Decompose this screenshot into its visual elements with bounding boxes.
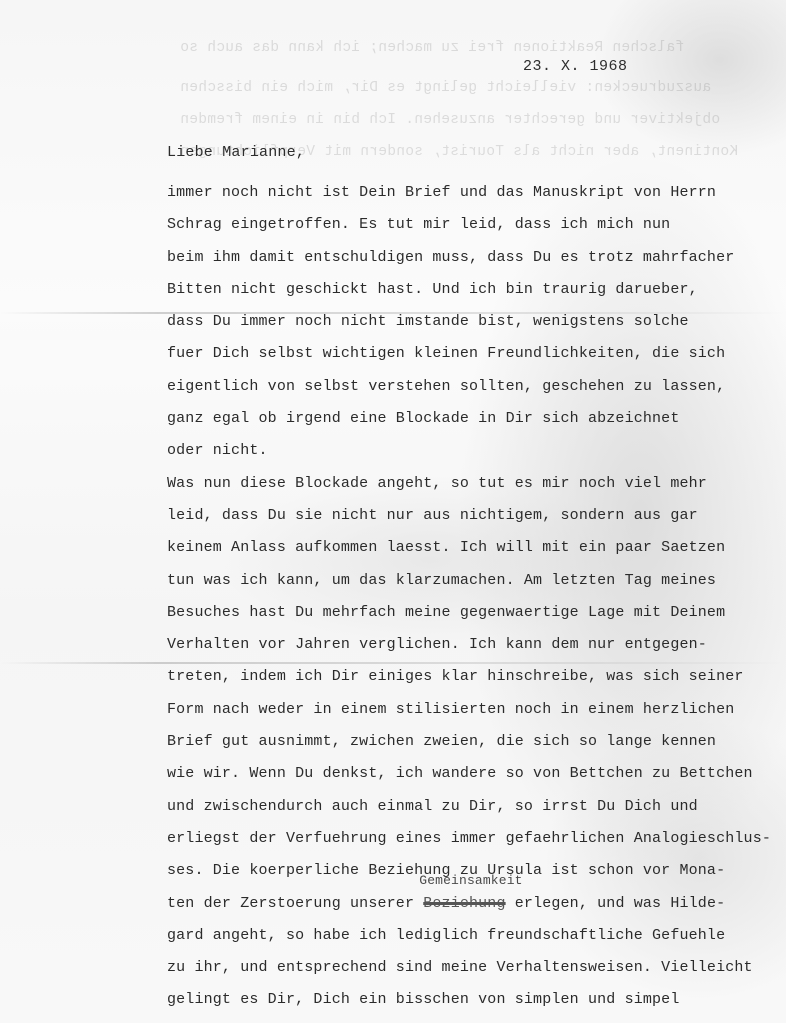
text-segment: ten der Zerstoerung unserer xyxy=(167,895,423,912)
text-line: Schrag eingetroffen. Es tut mir leid, da… xyxy=(167,209,786,241)
text-line: leid, dass Du sie nicht nur aus nichtige… xyxy=(167,500,786,532)
letter-body: immer noch nicht ist Dein Brief und das … xyxy=(167,177,786,1017)
text-line: fuer Dich selbst wichtigen kleinen Freun… xyxy=(167,338,786,370)
letter-page: falschen Reaktionen frei zu machen; ich … xyxy=(0,0,786,1023)
handwritten-correction: BeziehungGemeinsamkeit xyxy=(423,888,505,920)
text-line: und zwischendurch auch einmal zu Dir, so… xyxy=(167,791,786,823)
text-line: zu ihr, und entsprechend sind meine Verh… xyxy=(167,952,786,984)
text-line: Besuches hast Du mehrfach meine gegenwae… xyxy=(167,597,786,629)
inserted-word: Gemeinsamkeit xyxy=(419,874,522,888)
text-line: Was nun diese Blockade angeht, so tut es… xyxy=(167,468,786,500)
text-line: keinem Anlass aufkommen laesst. Ich will… xyxy=(167,532,786,564)
text-line: eigentlich von selbst verstehen sollten,… xyxy=(167,371,786,403)
letter-date: 23. X. 1968 xyxy=(523,58,628,75)
text-segment: erlegen, und was Hilde- xyxy=(506,895,726,912)
bleed-through-text: falschen Reaktionen frei zu machen; ich … xyxy=(180,40,684,56)
text-line: Form nach weder in einem stilisierten no… xyxy=(167,694,786,726)
text-line: gard angeht, so habe ich lediglich freun… xyxy=(167,920,786,952)
text-line: beim ihm damit entschuldigen muss, dass … xyxy=(167,242,786,274)
text-line: wie wir. Wenn Du denkst, ich wandere so … xyxy=(167,758,786,790)
text-line: dass Du immer noch nicht imstande bist, … xyxy=(167,306,786,338)
text-line: gelingt es Dir, Dich ein bisschen von si… xyxy=(167,984,786,1016)
bleed-through-text: auszudruecken: vielleicht gelingt es Dir… xyxy=(180,80,711,96)
text-line: erliegst der Verfuehrung eines immer gef… xyxy=(167,823,786,855)
text-line: Verhalten vor Jahren verglichen. Ich kan… xyxy=(167,629,786,661)
text-line: oder nicht. xyxy=(167,435,786,467)
bleed-through-text: objektiver und gerechter anzusehen. Ich … xyxy=(180,112,720,128)
text-line: ganz egal ob irgend eine Blockade in Dir… xyxy=(167,403,786,435)
text-line: Bitten nicht geschickt hast. Und ich bin… xyxy=(167,274,786,306)
text-line: Brief gut ausnimmt, zwichen zweien, die … xyxy=(167,726,786,758)
corrected-text-line: ten der Zerstoerung unserer BeziehungGem… xyxy=(167,888,786,920)
salutation: Liebe Marianne, xyxy=(167,144,305,161)
text-line: immer noch nicht ist Dein Brief und das … xyxy=(167,177,786,209)
text-line: tun was ich kann, um das klarzumachen. A… xyxy=(167,565,786,597)
struck-out-word: Beziehung xyxy=(423,895,505,912)
text-line: treten, indem ich Dir einiges klar hinsc… xyxy=(167,661,786,693)
